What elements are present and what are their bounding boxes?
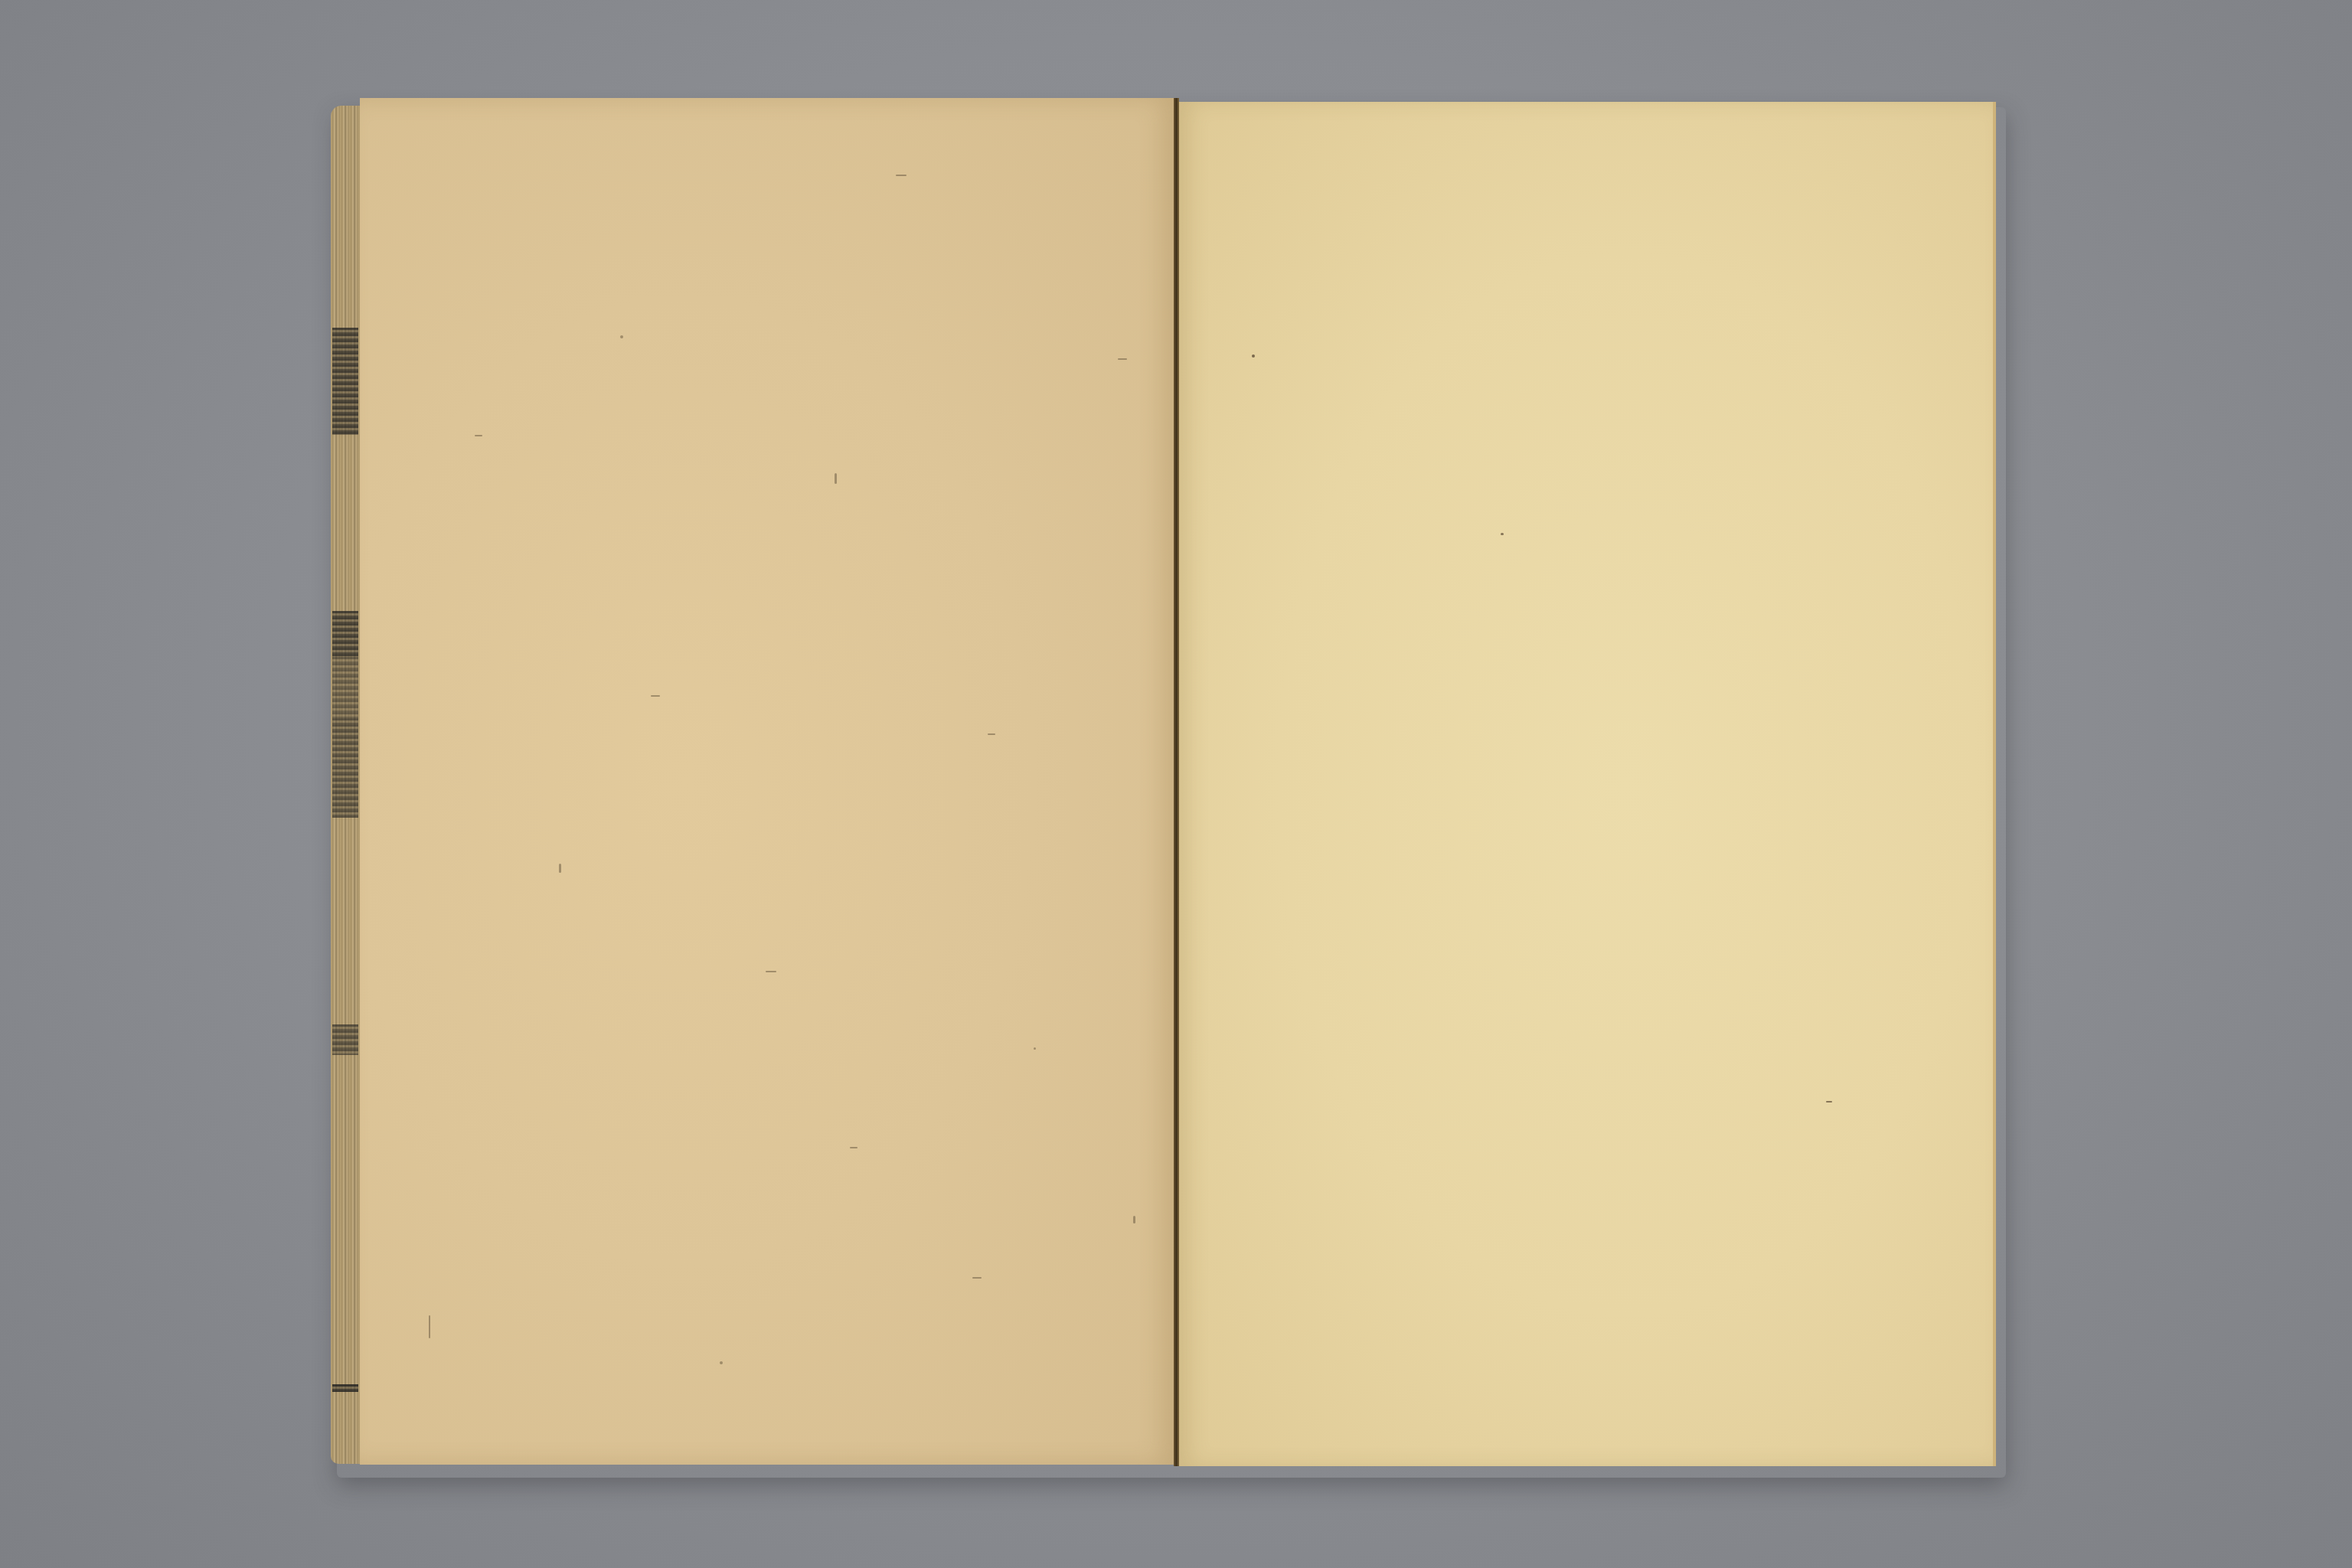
ink-mark <box>332 328 358 435</box>
book-photo <box>0 0 2352 1568</box>
right-page <box>1179 102 1996 1466</box>
ink-mark <box>332 718 358 818</box>
ink-mark <box>332 1024 358 1055</box>
book-spine <box>1174 98 1179 1466</box>
left-page <box>360 98 1176 1465</box>
ink-mark <box>332 611 358 657</box>
page-edge-stack <box>331 106 361 1464</box>
ink-mark <box>332 657 358 718</box>
ink-mark <box>332 1384 358 1392</box>
